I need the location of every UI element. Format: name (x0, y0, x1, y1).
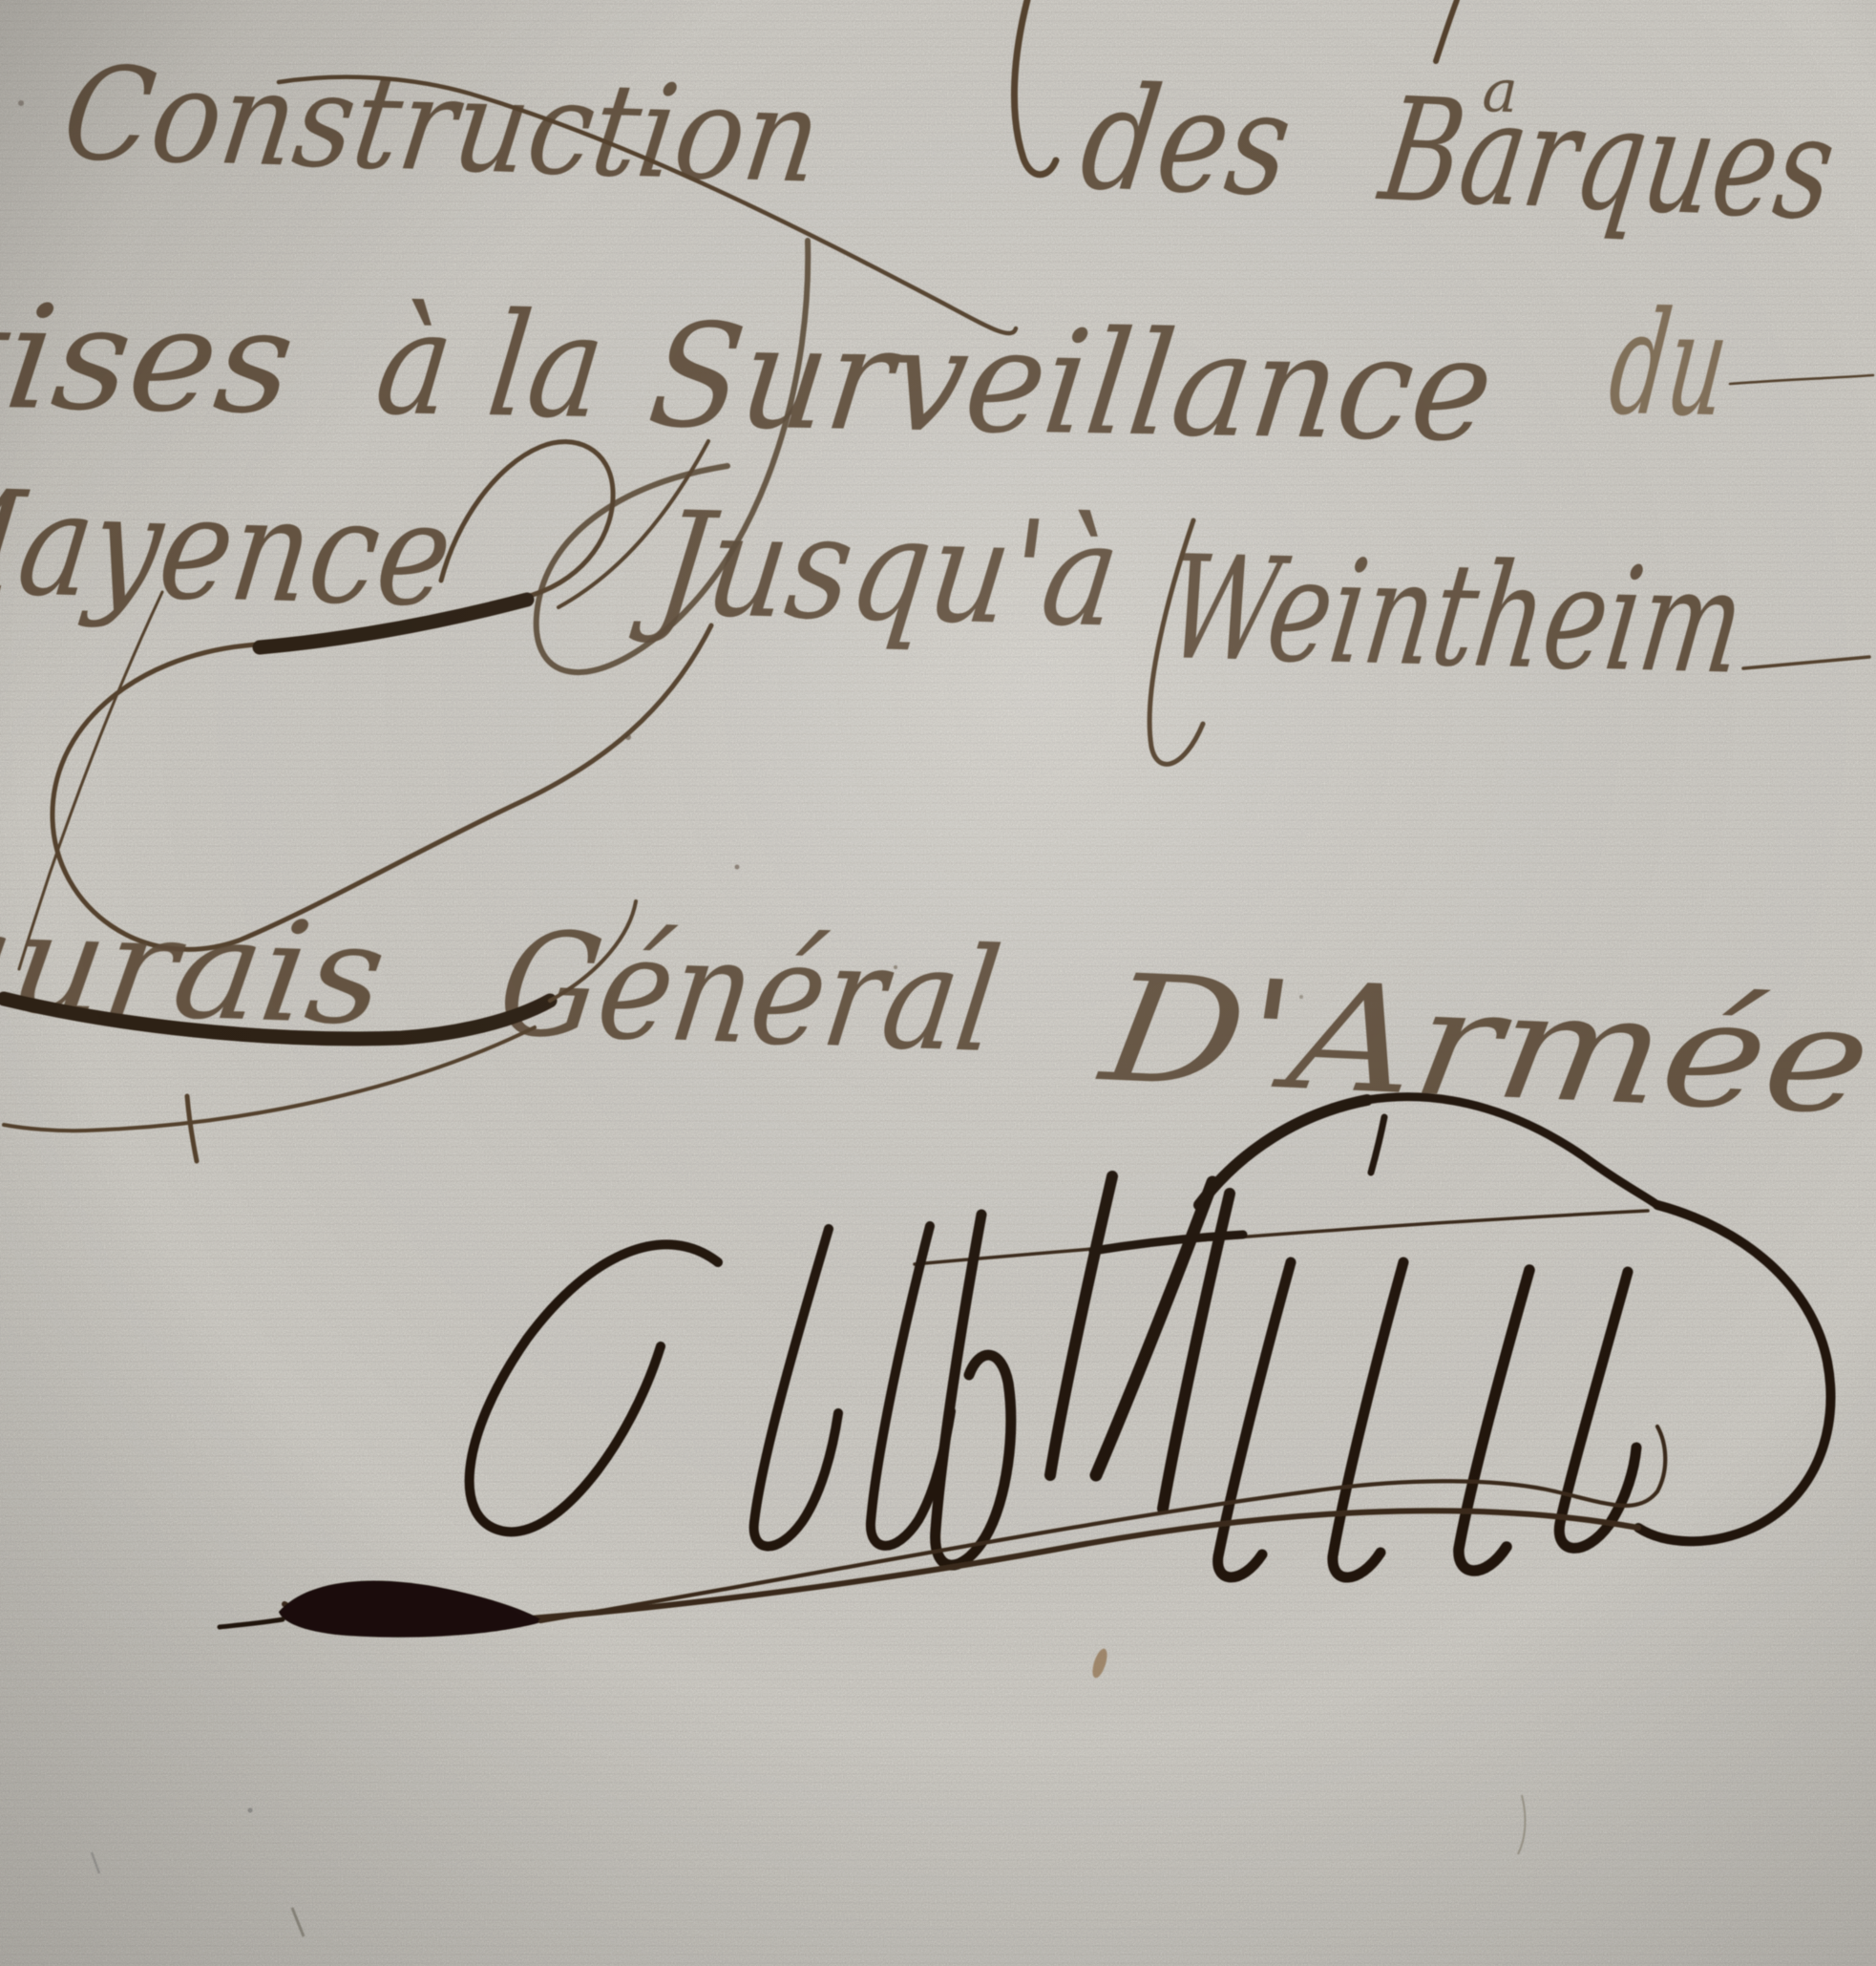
manuscript-canvas: Construction des Barques a tises à la Su… (0, 0, 1876, 1966)
vignette-overlay (0, 0, 1876, 1966)
manuscript-photo: Construction des Barques a tises à la Su… (0, 0, 1876, 1966)
